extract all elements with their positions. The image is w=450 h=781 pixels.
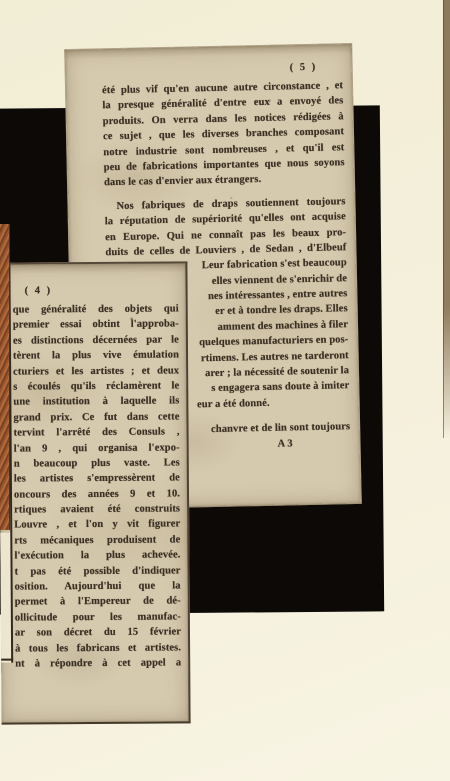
scan-edge-line bbox=[1, 659, 13, 661]
page-number: ( 5 ) bbox=[102, 60, 343, 79]
text-line: s écoulés qu'ils réclamèrent le bbox=[13, 378, 179, 395]
text-line: rts mécaniques produisent de bbox=[14, 532, 180, 549]
text-line: rtiques avaient été construits bbox=[14, 501, 180, 518]
text-line: n beaucoup plus vaste. Les bbox=[14, 455, 180, 472]
text-line: premier essai obtint l'approba- bbox=[13, 317, 179, 334]
text-line: que généralité des objets qui bbox=[13, 301, 179, 318]
text-line: à tous les fabricans et artistes. bbox=[15, 640, 181, 657]
text-line: permet à l'Empereur de dé- bbox=[15, 594, 181, 611]
text-line: oncours des années 9 et 10. bbox=[14, 486, 180, 503]
text-line: l'an 9 , qui organisa l'expo- bbox=[14, 440, 180, 457]
text-line: osition. Aujourd'hui que la bbox=[15, 578, 181, 595]
book-binding-strip bbox=[0, 224, 10, 530]
page-number: ( 4 ) bbox=[13, 283, 179, 298]
text-line: nt à répondre à cet appel a bbox=[15, 655, 181, 672]
photo-edge-right-strip bbox=[443, 0, 450, 438]
text-line: cturiers et les artistes ; et deux bbox=[13, 363, 179, 380]
text-line: ar son décret du 15 février bbox=[15, 625, 181, 642]
text-line: ollicitude pour les manufac- bbox=[15, 609, 181, 626]
text-line: tervint l'arrêté des Consuls , bbox=[14, 425, 180, 442]
text-line: grand prix. Ce fut dans cette bbox=[13, 409, 179, 426]
text-line: une institution à laquelle ils bbox=[13, 394, 179, 411]
scan-page-4: ( 4 ) que généralité des objets qui prem… bbox=[0, 261, 191, 724]
text-line: l'exécution la plus achevée. bbox=[14, 548, 180, 565]
text-line: tèrent la plus vive émulation bbox=[13, 348, 179, 365]
text-line: Louvre , et l'on y vit figurer bbox=[14, 517, 180, 534]
text-line: t pas été possible d'indiquer bbox=[14, 563, 180, 580]
scanned-document-background: ( 5 ) été plus vif qu'en aucune autre ci… bbox=[0, 0, 450, 781]
text-line: es distinctions décernées par le bbox=[13, 332, 179, 349]
text-line: les artistes s'empressèrent de bbox=[14, 471, 180, 488]
